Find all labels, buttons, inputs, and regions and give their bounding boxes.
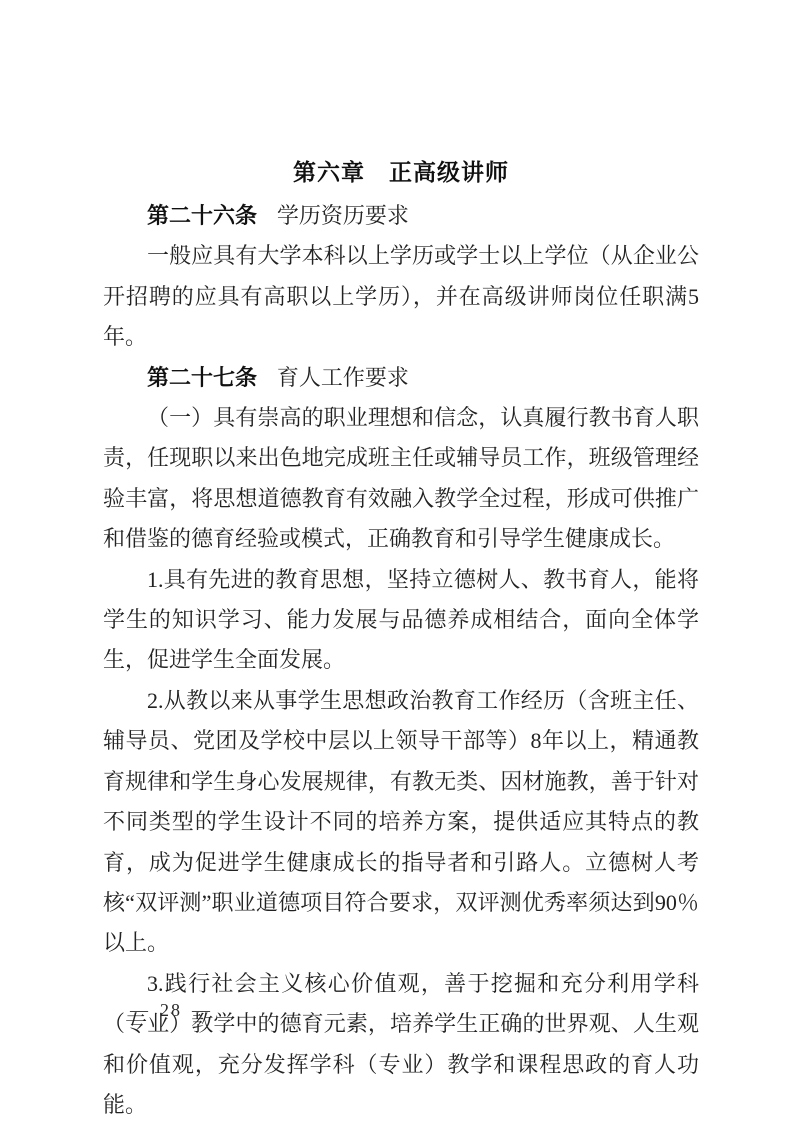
article-number: 第二十六条 [147, 203, 257, 228]
article-heading-27: 第二十七条育人工作要求 [103, 358, 699, 398]
footer-dash-left: — [130, 1000, 150, 1020]
document-page: 第六章 正高级讲师 第二十六条学历资历要求 一般应具有大学本科以上学历或学士以上… [0, 0, 800, 1131]
body-paragraph: 一般应具有大学本科以上学历或学士以上学位（从企业公开招聘的应具有高职以上学历），… [103, 236, 699, 357]
body-paragraph: 2.从教以来从事学生思想政治教育工作经历（含班主任、辅导员、党团及学校中层以上领… [103, 681, 699, 964]
article-heading-26: 第二十六条学历资历要求 [103, 196, 699, 236]
article-number: 第二十七条 [147, 365, 257, 390]
footer-dash-right: — [192, 1000, 212, 1020]
page-footer: —28— [130, 998, 212, 1022]
chapter-title: 第六章 正高级讲师 [103, 156, 699, 188]
body-paragraph: （一）具有崇高的职业理想和信念，认真履行教书育人职责，任现职以来出色地完成班主任… [103, 398, 699, 560]
body-paragraph: 1.具有先进的教育思想，坚持立德树人、教书育人，能将学生的知识学习、能力发展与品… [103, 560, 699, 681]
article-title: 学历资历要求 [277, 203, 409, 228]
article-title: 育人工作要求 [277, 365, 409, 390]
document-body: 第六章 正高级讲师 第二十六条学历资历要求 一般应具有大学本科以上学历或学士以上… [103, 156, 699, 1125]
page-number: 28 [160, 1000, 182, 1020]
body-paragraph: 3.践行社会主义核心价值观，善于挖掘和充分利用学科（专业）教学中的德育元素，培养… [103, 964, 699, 1126]
